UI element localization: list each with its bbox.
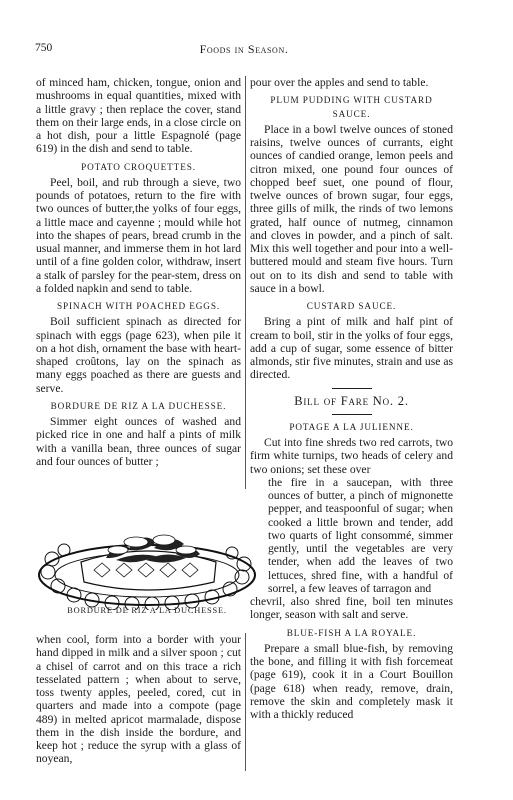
illustration-caption: BORDURE DE RIZ A LA DUCHESSE. <box>36 606 258 615</box>
column-rule-top <box>245 76 246 489</box>
recipe-heading-custard-sauce: Custard Sauce. <box>250 300 453 313</box>
right-column: pour over the apples and send to table. … <box>250 76 453 721</box>
recipe-heading-spinach: Spinach with Poached Eggs. <box>36 300 241 313</box>
paragraph: Simmer eight ounces of washed and picked… <box>36 415 241 468</box>
column-rule-bottom <box>245 633 246 771</box>
paragraph: pour over the apples and send to table. <box>250 76 453 89</box>
recipe-heading-plum-pudding: Plum Pudding with Custard Sauce. <box>250 94 453 121</box>
recipe-heading-potage: Potage a la Julienne. <box>250 421 453 434</box>
recipe-heading-bluefish: Blue-Fish a la Royale. <box>250 627 453 640</box>
left-column-continued: when cool, form into a border with your … <box>36 633 241 766</box>
divider <box>332 414 372 415</box>
paragraph: Peel, boil, and rub through a sieve, two… <box>36 176 241 295</box>
paragraph: chevril, also shred fine, boil ten minut… <box>250 595 453 622</box>
recipe-heading-potato-croquettes: Potato Croquettes. <box>36 161 241 174</box>
recipe-heading-bordure: Bordure de Riz a la Duchesse. <box>36 400 241 413</box>
left-column: of minced ham, chicken, tongue, onion an… <box>36 76 241 468</box>
bill-of-fare-title: Bill of Fare No. 2. <box>250 395 453 408</box>
paragraph: Boil sufficient spinach as directed for … <box>36 315 241 395</box>
paragraph: the fire in a saucepan, with three ounce… <box>250 476 453 595</box>
paragraph: Prepare a small blue-fish, by removing t… <box>250 642 453 722</box>
paragraph: Bring a pint of milk and half pint of cr… <box>250 315 453 381</box>
paragraph: when cool, form into a border with your … <box>36 633 241 766</box>
running-title: Foods in Season. <box>35 42 453 57</box>
paragraph: Cut into fine shreds two red carrots, tw… <box>250 436 453 476</box>
page-header: 750 Foods in Season. <box>35 42 453 56</box>
paragraph: of minced ham, chicken, tongue, onion an… <box>36 76 241 156</box>
bordure-illustration <box>36 520 258 610</box>
paragraph: Place in a bowl twelve ounces of stoned … <box>250 123 453 295</box>
rice-border-dish-icon <box>36 520 258 610</box>
divider <box>332 388 372 389</box>
